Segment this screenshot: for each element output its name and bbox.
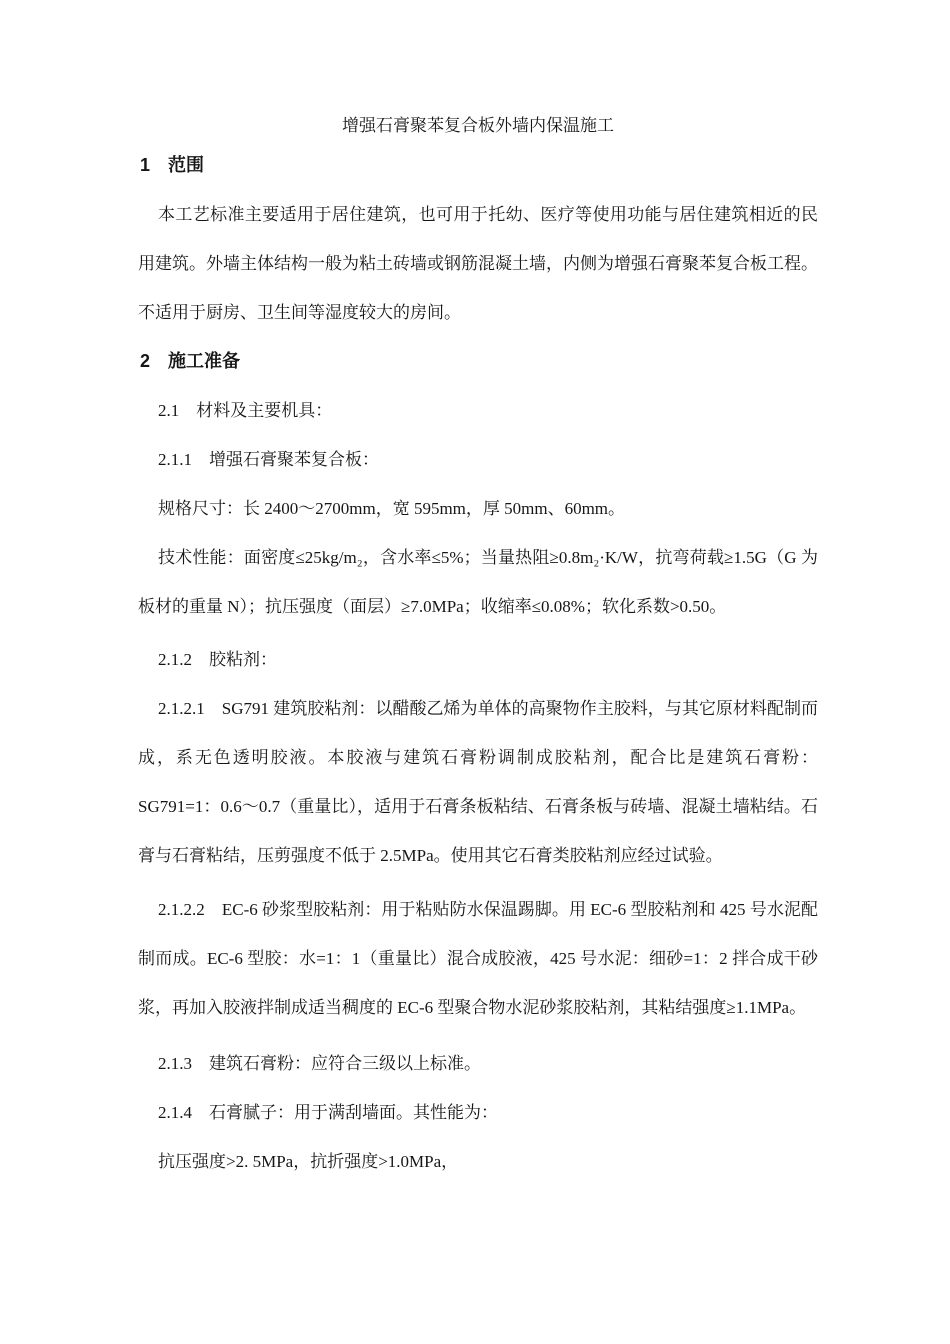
paragraph-scope: 本工艺标准主要适用于居住建筑，也可用于托幼、医疗等使用功能与居住建筑相近的民用建…	[138, 190, 818, 337]
heading-2-1-3-building-gypsum-powder: 2.1.3 建筑石膏粉：应符合三级以上标准。	[138, 1039, 818, 1088]
document-page: 增强石膏聚苯复合板外墙内保温施工 1 范围 本工艺标准主要适用于居住建筑，也可用…	[0, 0, 950, 1344]
heading-2-1-materials-and-tools: 2.1 材料及主要机具：	[138, 386, 818, 435]
paragraph-putty-performance: 抗压强度>2. 5MPa，抗折强度>1.0MPa，	[138, 1137, 818, 1186]
paragraph-board-specifications: 规格尺寸：长 2400～2700mm，宽 595mm，厚 50mm、60mm。	[138, 484, 818, 533]
heading-2-1-4-gypsum-putty: 2.1.4 石膏腻子：用于满刮墙面。其性能为：	[138, 1088, 818, 1137]
heading-2-construction-preparation: 2 施工准备	[140, 337, 818, 386]
heading-1-scope: 1 范围	[140, 141, 818, 190]
document-title: 增强石膏聚苯复合板外墙内保温施工	[138, 110, 818, 141]
paragraph-sg791-adhesive: 2.1.2.1 SG791 建筑胶粘剂：以醋酸乙烯为单体的高聚物作主胶料，与其它…	[138, 684, 818, 880]
heading-2-1-2-adhesives: 2.1.2 胶粘剂：	[138, 635, 818, 684]
heading-2-1-1-composite-board: 2.1.1 增强石膏聚苯复合板：	[138, 435, 818, 484]
paragraph-ec6-mortar-adhesive: 2.1.2.2 EC-6 砂浆型胶粘剂：用于粘贴防水保温踢脚。用 EC-6 型胶…	[138, 885, 818, 1032]
paragraph-technical-performance: 技术性能：面密度≤25kg/m₂，含水率≤5%；当量热阻≥0.8m₂·K/W，抗…	[138, 533, 818, 631]
